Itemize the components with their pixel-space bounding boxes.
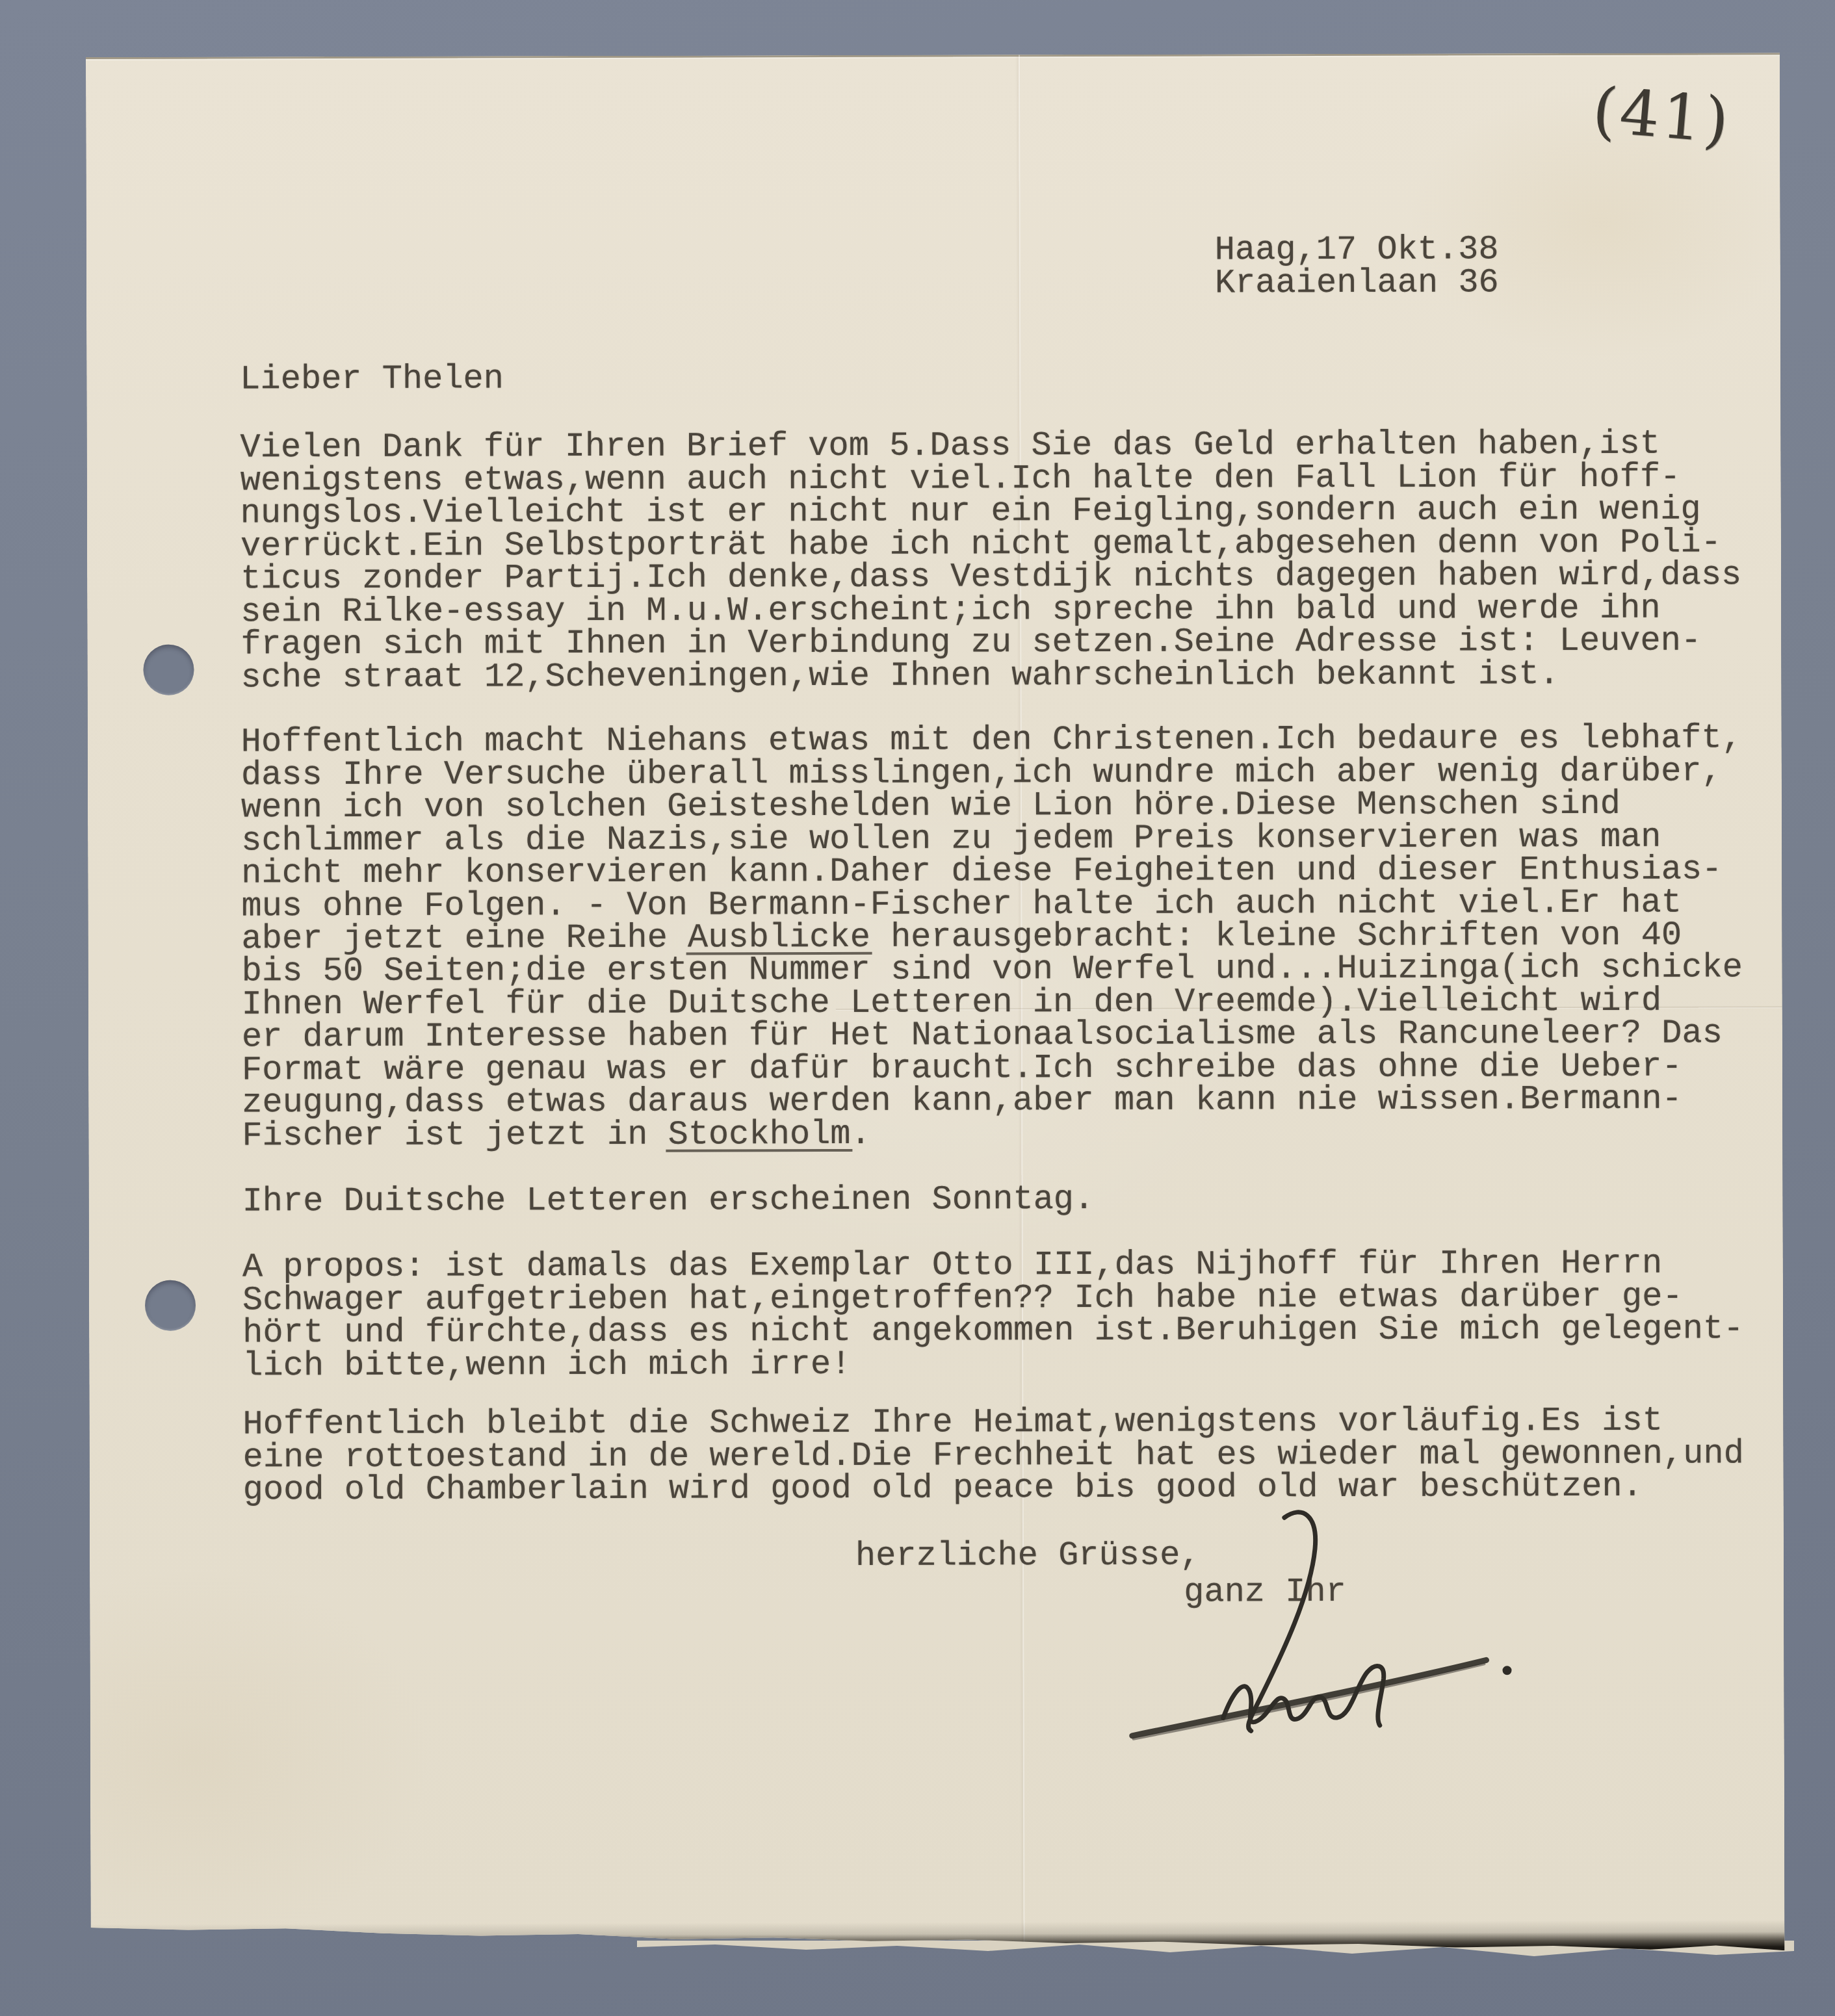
signature-dot — [1502, 1666, 1511, 1675]
underlined-word-stockholm: Stockholm — [668, 1115, 851, 1154]
paragraph-2-line-13: Fischer ist jetzt in Stockholm. — [242, 1118, 871, 1153]
letter-paper: (41) Haag,17 Okt.38 Kraaienlaan 36 Liebe… — [86, 53, 1785, 1958]
paragraph-1: Vielen Dank für Ihren Brief vom 5.Dass S… — [241, 428, 1742, 694]
line-13-prefix: Fischer ist jetzt in — [242, 1116, 668, 1156]
paragraph-4: A propos: ist damals das Exemplar Otto I… — [242, 1247, 1744, 1382]
archive-number-annotation: (41) — [1590, 73, 1734, 158]
punch-hole-top — [143, 645, 194, 695]
paragraph-2-part-a: Hoffentlich macht Niehans etwas mit den … — [241, 722, 1743, 923]
scan-background: (41) Haag,17 Okt.38 Kraaienlaan 36 Liebe… — [0, 0, 1835, 2016]
paragraph-5: Hoffentlich bleibt die Schweiz Ihre Heim… — [242, 1404, 1744, 1507]
signature-flourish-underline — [1132, 1660, 1486, 1735]
paragraph-3: Ihre Duitsche Letteren erscheinen Sonnta… — [242, 1183, 1095, 1219]
salutation: Lieber Thelen — [240, 363, 504, 396]
punch-hole-bottom — [145, 1280, 196, 1331]
letterhead-address: Kraaienlaan 36 — [1215, 266, 1499, 300]
signature — [1117, 1503, 1650, 1829]
letterhead-place-date: Haag,17 Okt.38 — [1215, 233, 1499, 267]
line-13-suffix: . — [850, 1115, 870, 1154]
paragraph-2-part-b: bis 50 Seiten;die ersten Nummer sind von… — [242, 951, 1743, 1120]
